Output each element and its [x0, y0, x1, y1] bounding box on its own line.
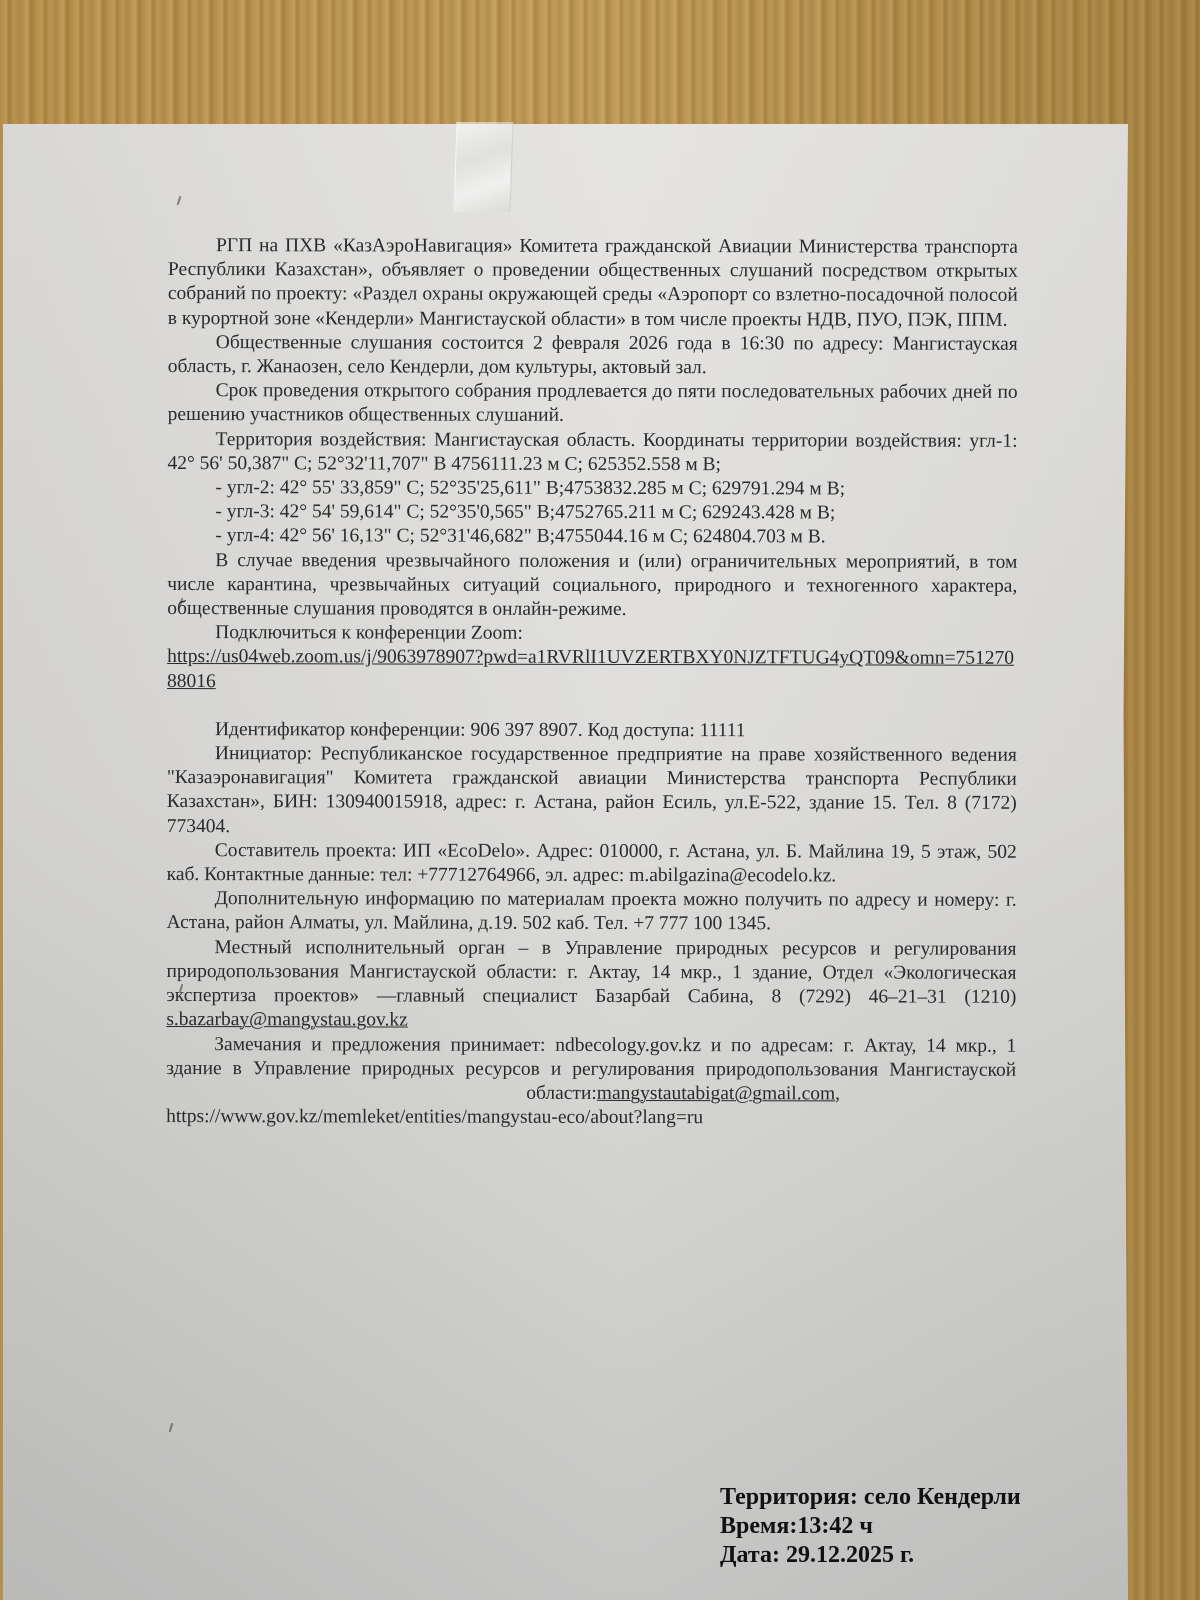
local-body-text: Местный исполнительный орган – в Управле… [166, 937, 1016, 1008]
coordinate-corner-2: - угл-2: 42° 55' 33,859" С; 52°35'25,611… [167, 476, 1017, 502]
comments-text: Замечания и предложения принимает: ndbec… [166, 1034, 1016, 1081]
local-body-email[interactable]: s.bazarbay@mangystau.gov.kz [166, 1009, 407, 1031]
notice-text: РГП на ПХВ «КазАэроНавигация» Комитета г… [166, 234, 1018, 1131]
zoom-link[interactable]: https://us04web.zoom.us/j/9063978907?pwd… [167, 645, 1017, 695]
paragraph-hearing-date: Общественные слушания состоится 2 феврал… [168, 331, 1018, 381]
photo-stamp: Территория: село Кендерли Время:13:42 ч … [720, 1483, 1021, 1570]
composer-end: . [831, 865, 836, 886]
paragraph-additional-info: Дополнительную информацию по материалам … [167, 887, 1017, 937]
comments-url[interactable]: https://www.gov.kz/memleket/entities/man… [166, 1105, 1016, 1131]
zoom-label: Подключиться к конференции Zoom: [167, 621, 1017, 647]
comments-email[interactable]: mangystautabigat@gmail.com [597, 1083, 835, 1104]
paragraph-emergency: В случае введения чрезвычайного положени… [167, 549, 1017, 623]
composer-text: Составитель проекта: ИП «EcoDelo». Адрес… [167, 840, 1017, 886]
stamp-time: Время:13:42 ч [720, 1512, 1021, 1541]
coordinate-corner-4: - угл-4: 42° 56' 16,13" С; 52°31'46,682"… [167, 524, 1017, 550]
paragraph-composer: Составитель проекта: ИП «EcoDelo». Адрес… [167, 839, 1017, 889]
coordinate-corner-3: - угл-3: 42° 54' 59,614" С; 52°35'0,565"… [167, 500, 1017, 526]
comments-gap [166, 1098, 526, 1099]
composer-email[interactable]: m.abilgazina@ecodelo.kz [629, 865, 831, 886]
comments-comma: , [835, 1083, 840, 1104]
stamp-date: Дата: 29.12.2025 г. [720, 1541, 1021, 1570]
spacer [167, 694, 1017, 720]
paragraph-comments: Замечания и предложения принимает: ndbec… [166, 1032, 1016, 1106]
paragraph-announcement: РГП на ПХВ «КазАэроНавигация» Комитета г… [168, 234, 1018, 333]
stamp-territory: Территория: село Кендерли [720, 1483, 1021, 1512]
conference-id: Идентификатор конференции: 906 397 8907.… [167, 718, 1017, 744]
adhesive-tape [453, 122, 513, 212]
comments-region: области: [526, 1083, 597, 1104]
paragraph-territory: Территория воздействия: Мангистауская об… [167, 428, 1017, 478]
paragraph-initiator: Инициатор: Республиканское государственн… [167, 742, 1017, 841]
paragraph-extension: Срок проведения открытого собрания продл… [168, 379, 1018, 429]
paragraph-local-body: Местный исполнительный орган – в Управле… [166, 936, 1016, 1035]
